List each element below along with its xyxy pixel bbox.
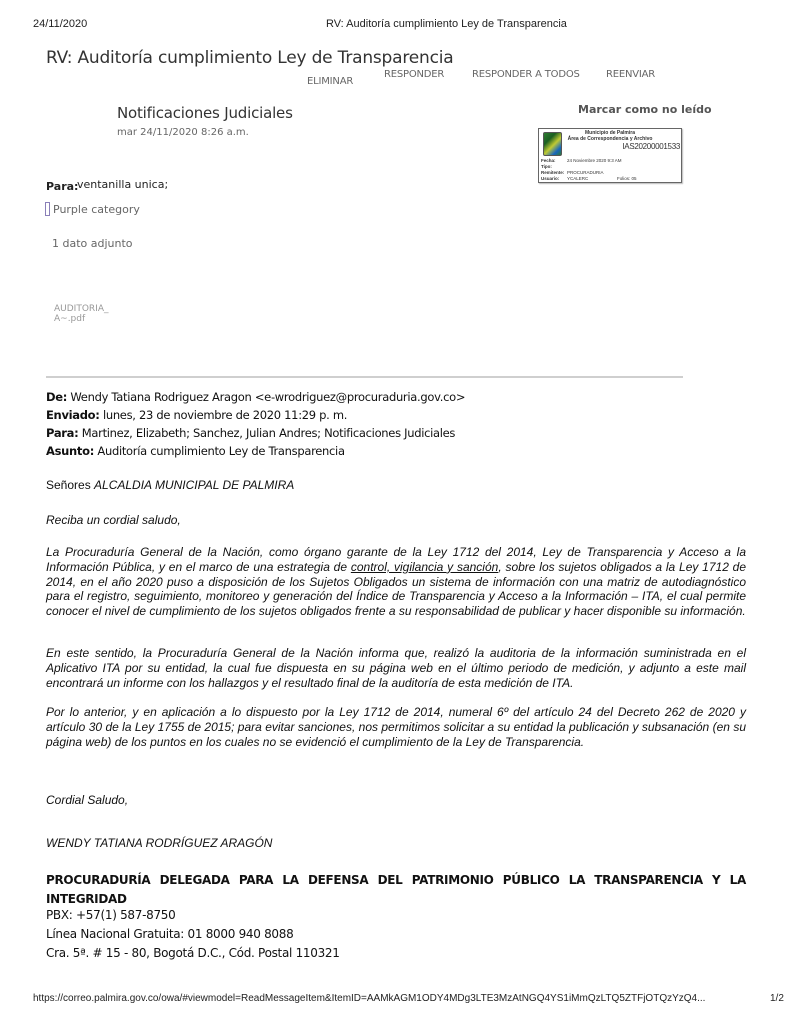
forward-button[interactable]: REENVIAR: [606, 69, 655, 80]
reply-button[interactable]: RESPONDER: [384, 69, 444, 80]
print-title: RV: Auditoría cumplimiento Ley de Transp…: [326, 18, 567, 30]
sender-name[interactable]: Notificaciones Judiciales: [117, 104, 293, 122]
forwarded-sent: Enviado: lunes, 23 de noviembre de 2020 …: [46, 406, 465, 424]
forwarded-to: Para: Martinez, Elizabeth; Sanchez, Juli…: [46, 424, 465, 442]
greeting: Reciba un cordial saludo,: [46, 513, 181, 527]
forwarded-subject: Asunto: Auditoría cumplimiento Ley de Tr…: [46, 442, 465, 460]
signature-address: Cra. 5ª. # 15 - 80, Bogotá D.C., Cód. Po…: [46, 946, 340, 960]
signature-pbx: PBX: +57(1) 587-8750: [46, 908, 175, 922]
stamp-row: Tipo:: [541, 164, 567, 169]
category-color-swatch: [45, 202, 50, 216]
stamp-row: Fecha:24 Noviembre 2020 9:3 AM: [541, 158, 622, 163]
category-tag[interactable]: Purple category: [45, 202, 140, 216]
body-paragraph-3: Por lo anterior, y en aplicación a lo di…: [46, 705, 746, 749]
attachment-filename-line2: A~.pdf: [54, 314, 108, 324]
print-footer-page: 1/2: [770, 993, 784, 1004]
correspondence-stamp-image: Municipio de Palmira Área de Corresponde…: [538, 128, 682, 183]
stamp-code: IAS20200001533: [622, 142, 680, 151]
body-paragraph-1: La Procuraduría General de la Nación, co…: [46, 545, 746, 619]
attachment-count: 1 dato adjunto: [52, 237, 133, 250]
signer-name: WENDY TATIANA RODRÍGUEZ ARAGÓN: [46, 836, 272, 850]
attachment-filename-line1: AUDITORIA_: [54, 304, 108, 314]
stamp-row: Remitente:PROCURADURIA: [541, 170, 604, 175]
message-subject: RV: Auditoría cumplimiento Ley de Transp…: [46, 48, 454, 68]
attachment-file[interactable]: AUDITORIA_ A~.pdf: [54, 304, 108, 324]
delete-button[interactable]: ELIMINAR: [307, 76, 353, 87]
forwarded-from: De: Wendy Tatiana Rodriguez Aragon <e-wr…: [46, 388, 465, 406]
sent-date: mar 24/11/2020 8:26 a.m.: [117, 127, 249, 138]
reply-all-button[interactable]: RESPONDER A TODOS: [472, 69, 580, 80]
category-label: Purple category: [53, 203, 140, 216]
signature-toll-free: Línea Nacional Gratuita: 01 8000 940 808…: [46, 927, 293, 941]
print-date: 24/11/2020: [33, 18, 87, 30]
divider: [46, 376, 683, 378]
to-recipient[interactable]: ventanilla unica;: [77, 178, 168, 191]
signature-organization: PROCURADURÍA DELEGADA PARA LA DEFENSA DE…: [46, 871, 746, 909]
closing: Cordial Saludo,: [46, 793, 128, 807]
mark-unread-button[interactable]: Marcar como no leído: [578, 103, 712, 116]
to-label: Para:: [46, 180, 78, 193]
forwarded-header: De: Wendy Tatiana Rodriguez Aragon <e-wr…: [46, 388, 465, 460]
stamp-row: Usuario:YCALERCFolios: 05: [541, 176, 637, 181]
body-paragraph-2: En este sentido, la Procuraduría General…: [46, 646, 746, 690]
print-footer-url: https://correo.palmira.gov.co/owa/#viewm…: [33, 993, 705, 1004]
salutation: Señores ALCALDIA MUNICIPAL DE PALMIRA: [46, 478, 294, 492]
